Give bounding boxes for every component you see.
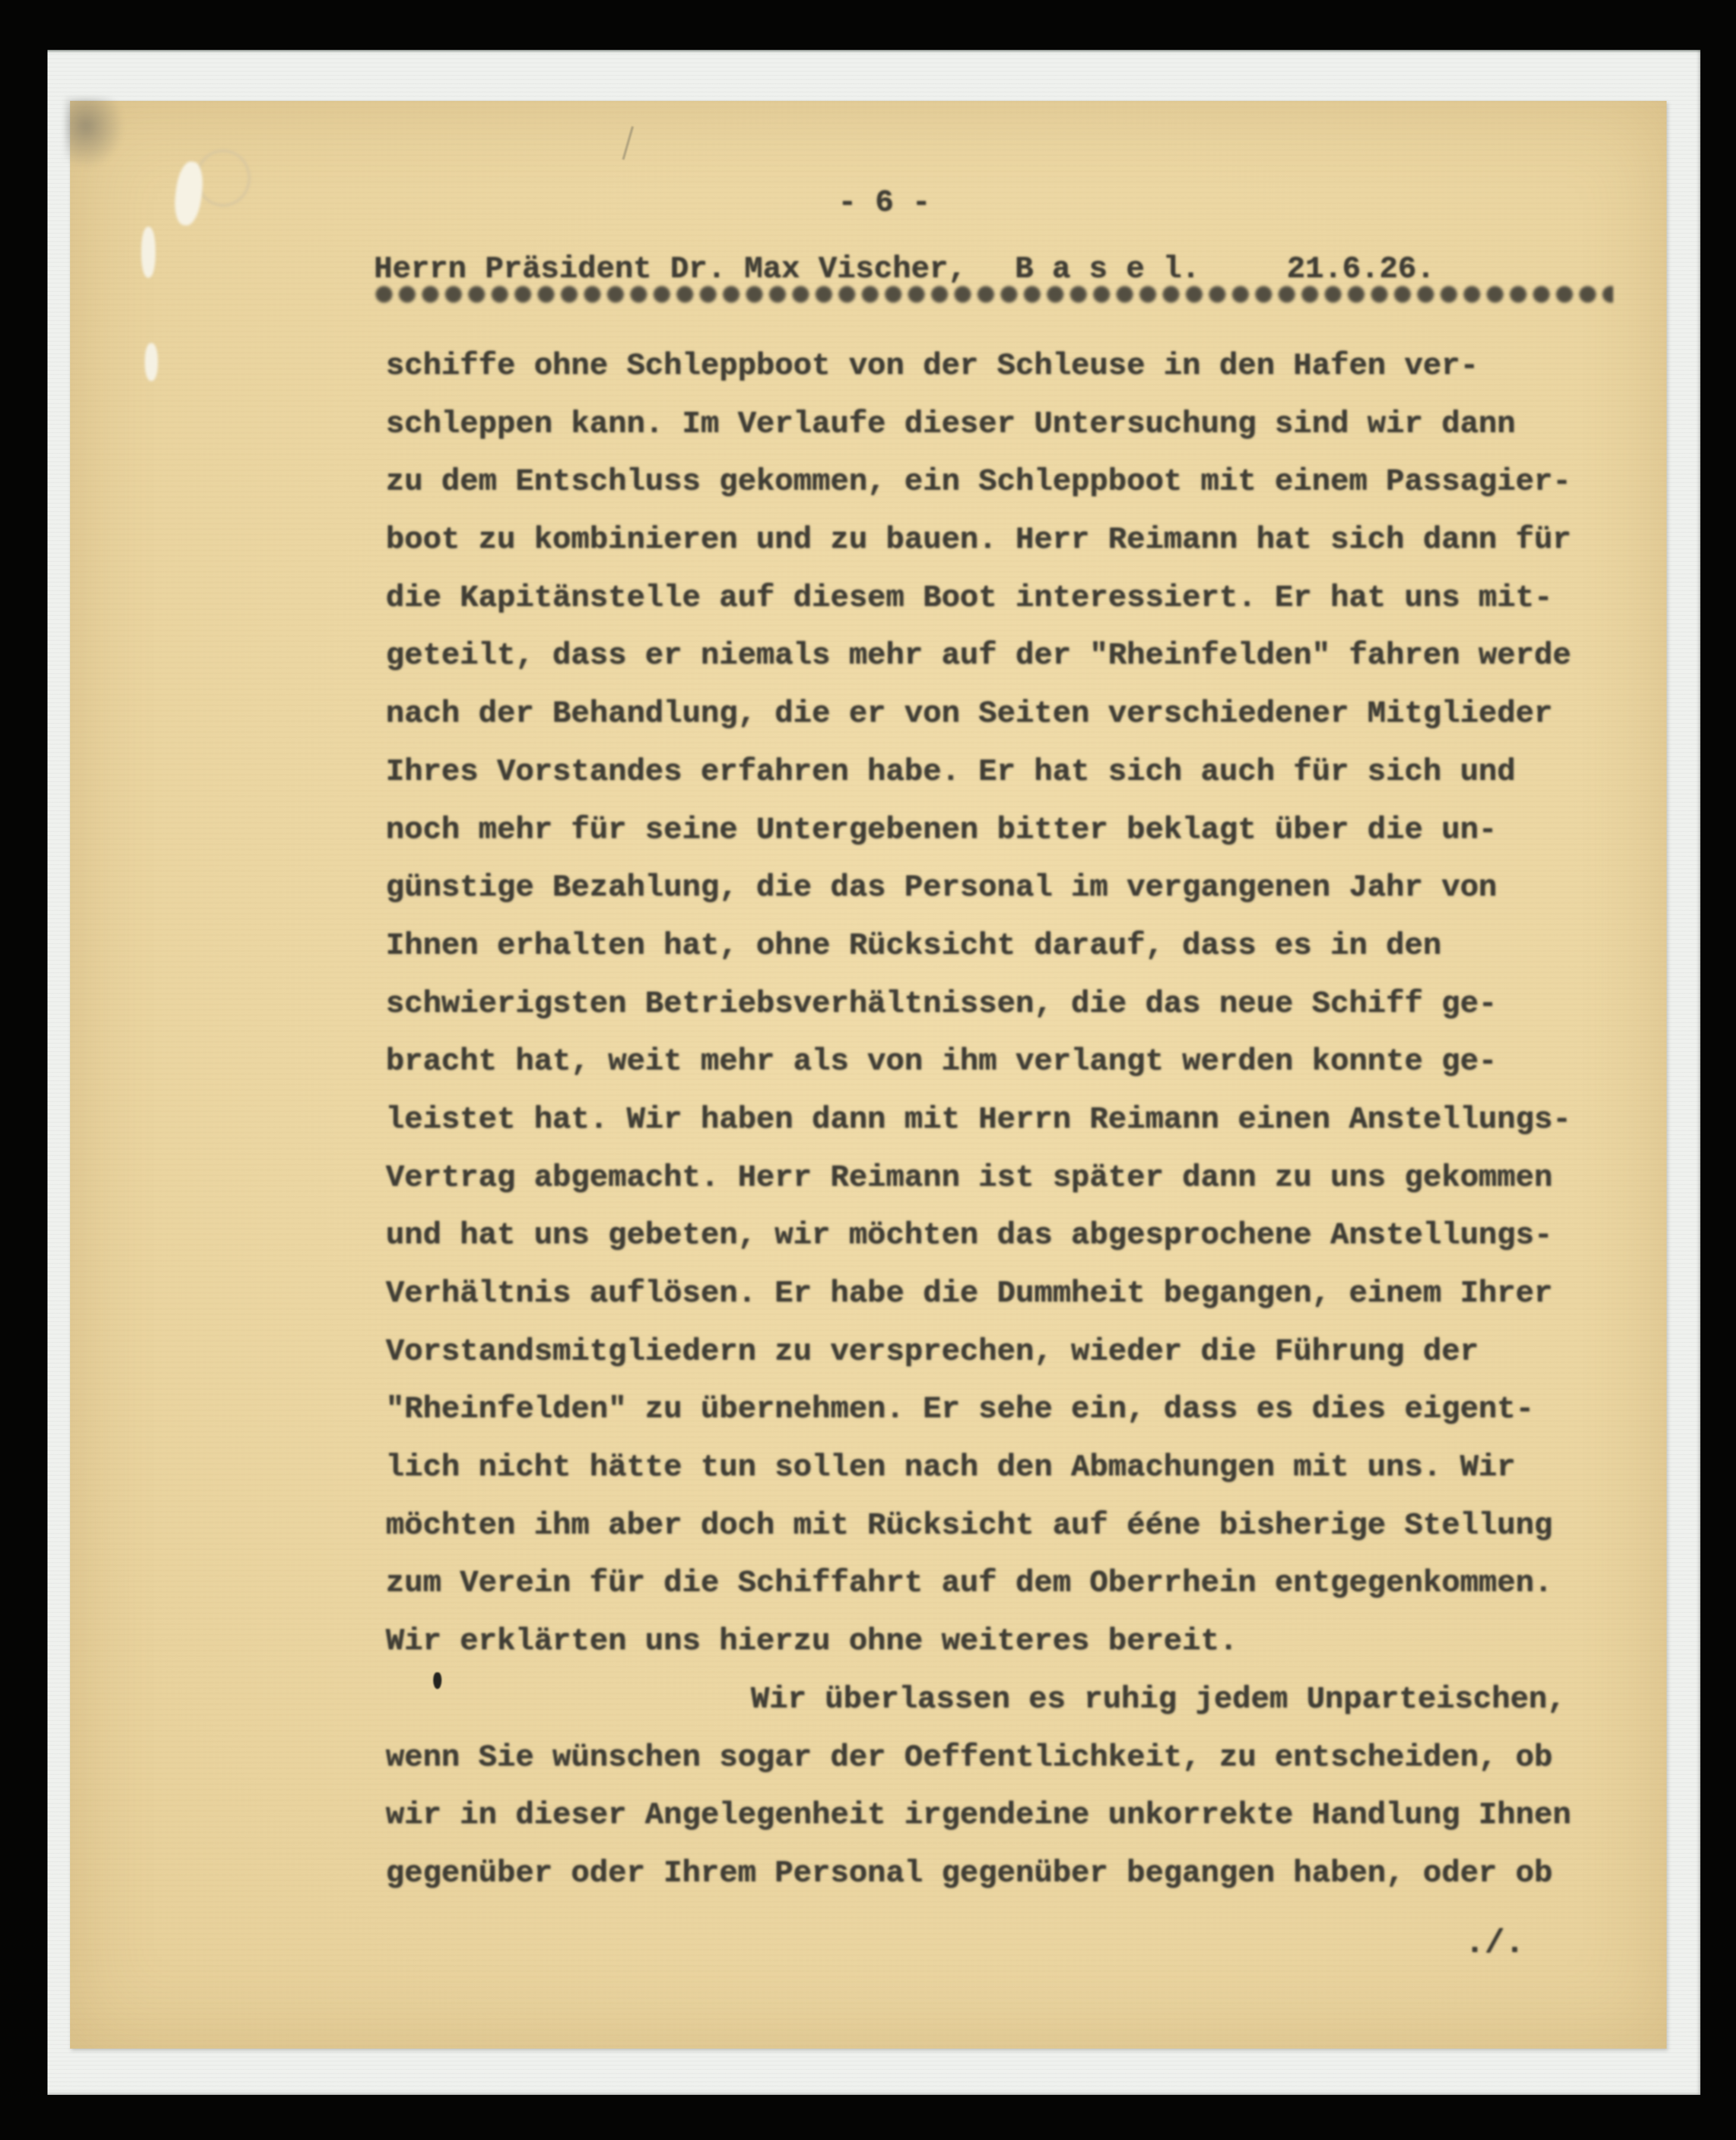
body-line: gegenüber oder Ihrem Personal gegenüber … (386, 1844, 1638, 1903)
corner-smudge-stain (65, 97, 125, 169)
letter-page: - 6 - Herrn Präsident Dr. Max Vischer, B… (70, 101, 1667, 2049)
header-date: 21.6.26. (1287, 250, 1435, 288)
body-line: und hat uns gebeten, wir möchten das abg… (386, 1206, 1638, 1265)
body-line: schwierigsten Betriebsverhältnissen, die… (386, 975, 1638, 1033)
body-line: möchten ihm aber doch mit Rücksicht auf … (386, 1497, 1638, 1555)
typed-asterisk-underline (374, 284, 1613, 305)
body-line: Wir erklärten uns hierzu ohne weiteres b… (386, 1612, 1638, 1671)
body-line: "Rheinfelden" zu übernehmen. Er sehe ein… (386, 1380, 1638, 1439)
body-line: zu dem Entschluss gekommen, ein Schleppb… (386, 453, 1638, 511)
paper-damage-patch (145, 343, 158, 381)
body-line: leistet hat. Wir haben dann mit Herrn Re… (386, 1091, 1638, 1149)
page-number: - 6 - (838, 184, 931, 222)
backing-sheet: - 6 - Herrn Präsident Dr. Max Vischer, B… (47, 50, 1700, 2095)
body-line: Ihres Vorstandes erfahren habe. Er hat s… (386, 743, 1638, 801)
letter-body: schiffe ohne Schleppboot von der Schleus… (386, 337, 1638, 1903)
body-line: nach der Behandlung, die er von Seiten v… (386, 685, 1638, 743)
header-city: B a s e l. (1015, 250, 1200, 288)
body-line: lich nicht hätte tun sollen nach den Abm… (386, 1439, 1638, 1497)
header-recipient: Herrn Präsident Dr. Max Vischer, (374, 250, 967, 288)
body-line: zum Verein für die Schiffahrt auf dem Ob… (386, 1554, 1638, 1612)
pencil-slash-mark (622, 126, 634, 160)
body-line: bracht hat, weit mehr als von ihm verlan… (386, 1033, 1638, 1091)
body-line: wir in dieser Angelegenheit irgendeine u… (386, 1786, 1638, 1844)
water-ring-stain (196, 150, 250, 207)
body-line: schiffe ohne Schleppboot von der Schleus… (386, 337, 1638, 395)
body-line: Wir überlassen es ruhig jedem Unparteisc… (386, 1671, 1638, 1729)
continuation-mark: ./. (1465, 1924, 1525, 1962)
body-line: Vertrag abgemacht. Herr Reimann ist spät… (386, 1149, 1638, 1207)
body-line: die Kapitänstelle auf diesem Boot intere… (386, 569, 1638, 627)
body-line: boot zu kombinieren und zu bauen. Herr R… (386, 511, 1638, 569)
paper-damage-patch (141, 227, 155, 278)
paper-damage-patch (172, 160, 206, 227)
photographed-letter-page: - 6 - Herrn Präsident Dr. Max Vischer, B… (0, 0, 1736, 2140)
body-line: schleppen kann. Im Verlaufe dieser Unter… (386, 395, 1638, 453)
body-line: geteilt, dass er niemals mehr auf der "R… (386, 627, 1638, 685)
body-line: günstige Bezahlung, die das Personal im … (386, 859, 1638, 917)
body-line: Ihnen erhalten hat, ohne Rücksicht darau… (386, 917, 1638, 975)
body-line: wenn Sie wünschen sogar der Oeffentlichk… (386, 1729, 1638, 1787)
body-line: Vorstandsmitgliedern zu versprechen, wie… (386, 1323, 1638, 1381)
body-line: noch mehr für seine Untergebenen bitter … (386, 801, 1638, 859)
body-line: Verhältnis auflösen. Er habe die Dummhei… (386, 1265, 1638, 1323)
